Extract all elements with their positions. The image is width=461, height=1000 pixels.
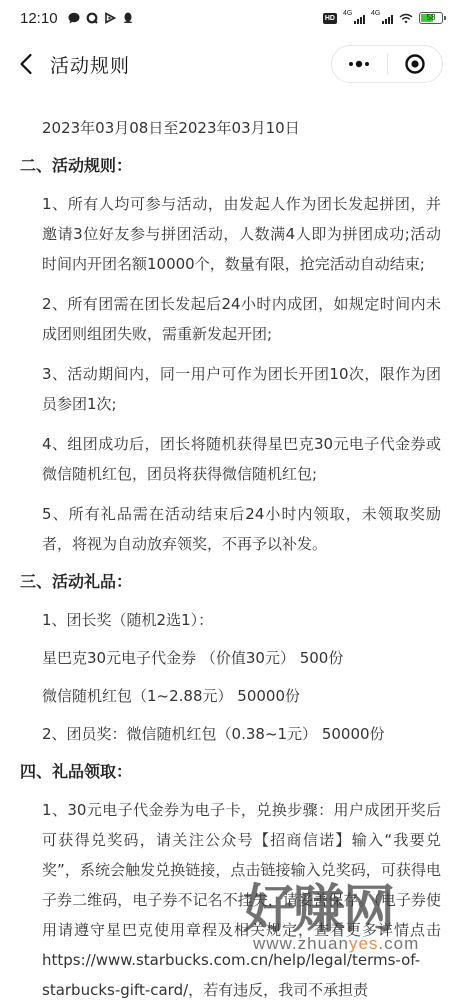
miniprogram-capsule bbox=[331, 45, 443, 83]
gift-item-member: 2、团员奖：微信随机红包（0.38~1元） 50000份 bbox=[20, 719, 441, 749]
more-dots-icon bbox=[347, 60, 371, 68]
more-button[interactable] bbox=[332, 46, 387, 82]
signal-2-icon: 4G bbox=[371, 13, 393, 24]
target-circle-icon bbox=[404, 53, 426, 75]
claim-item-1: 1、30元电子代金券为电子卡，兑换步骤：用户成团开奖后可获得兑奖码，请关注公众号… bbox=[20, 795, 441, 1000]
chevron-left-icon bbox=[19, 53, 33, 75]
chat-bubble-icon bbox=[68, 12, 80, 24]
rules-content: 一、活动时间： 2023年03月08日至2023年03月10日 二、活动规则： … bbox=[0, 78, 461, 1000]
play-icon bbox=[104, 12, 116, 24]
battery-icon: 58 bbox=[419, 12, 443, 24]
rule-item-5: 5、所有礼品需在活动结束后24小时内领取，未领取奖励者，将视为自动放弃领奖，不再… bbox=[20, 499, 441, 559]
qq-penguin-icon bbox=[122, 12, 134, 24]
section-heading-rules: 二、活动规则： bbox=[20, 155, 441, 177]
section-heading-claim: 四、礼品领取： bbox=[20, 761, 441, 783]
rule-item-3: 3、活动期间内，同一用户可作为团长开团10次，限作为团员参团1次; bbox=[20, 359, 441, 419]
q-circle-icon bbox=[86, 12, 98, 24]
status-time: 12:10 bbox=[20, 10, 58, 27]
back-button[interactable] bbox=[2, 36, 50, 92]
status-left: 12:10 bbox=[20, 10, 134, 27]
battery-percent: 58 bbox=[420, 13, 442, 23]
activity-dates: 2023年03月08日至2023年03月10日 bbox=[20, 113, 441, 143]
rule-item-4: 4、组团成功后，团长将随机获得星巴克30元电子代金券或微信随机红包，团员将获得微… bbox=[20, 429, 441, 489]
status-bar: 12:10 HD 4G 4G 58 bbox=[0, 0, 461, 36]
hd-voice-icon: HD bbox=[323, 13, 337, 24]
gift-item-leader: 1、团长奖（随机2选1）： bbox=[20, 605, 441, 635]
nav-bar: 活动规则 bbox=[0, 36, 461, 92]
section-heading-gifts: 三、活动礼品： bbox=[20, 571, 441, 593]
wifi-icon bbox=[399, 13, 413, 24]
signal-1-icon: 4G bbox=[343, 13, 365, 24]
status-right: HD 4G 4G 58 bbox=[323, 12, 443, 24]
gift-item-starbucks: 星巴克30元电子代金券 （价值30元） 500份 bbox=[20, 643, 441, 673]
rule-item-2: 2、所有团需在团长发起后24小时内成团，如规定时间内未成团则组团失败，需重新发起… bbox=[20, 289, 441, 349]
page-title: 活动规则 bbox=[50, 51, 130, 78]
gift-item-redpacket-leader: 微信随机红包（1~2.88元） 50000份 bbox=[20, 681, 441, 711]
close-miniprogram-button[interactable] bbox=[388, 46, 443, 82]
rule-item-1: 1、所有人均可参与活动，由发起人作为团长发起拼团，并邀请3位好友参与拼团活动，人… bbox=[20, 189, 441, 279]
